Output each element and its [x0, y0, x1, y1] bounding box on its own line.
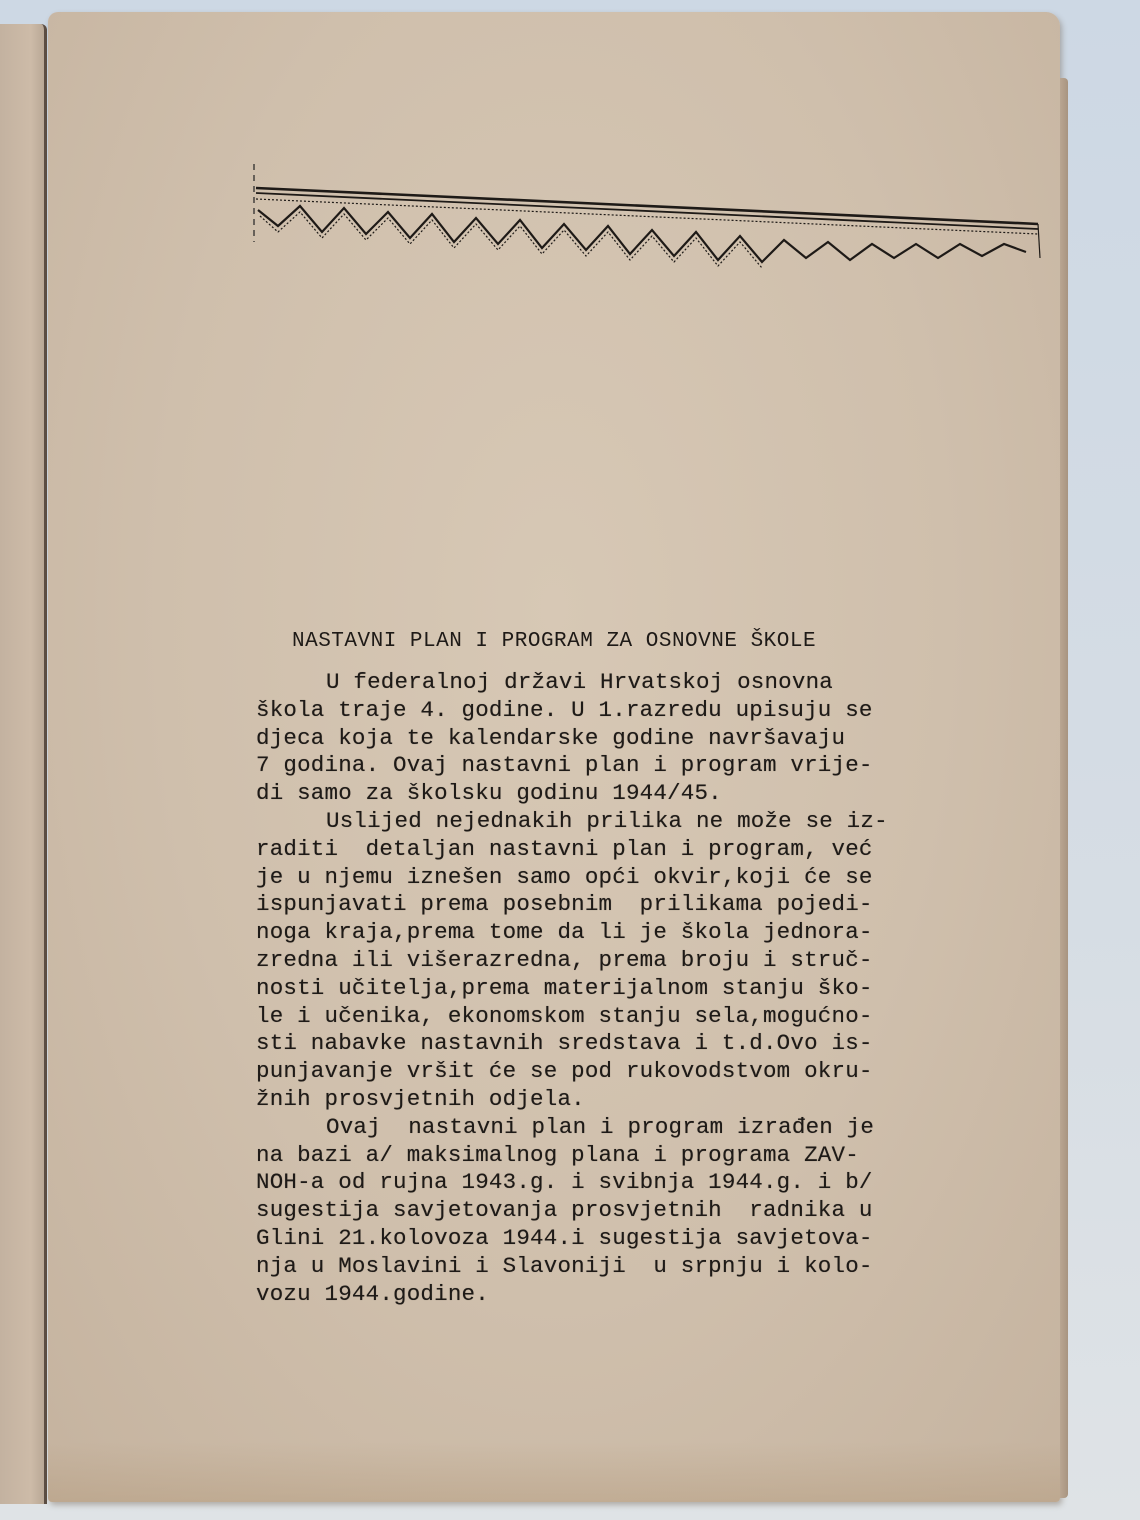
document-body: NASTAVNI PLAN I PROGRAM ZA OSNOVNE ŠKOLE… [256, 630, 1016, 1308]
text-line: noga kraja,prema tome da li je škola jed… [256, 919, 1016, 947]
page-discoloration [48, 1442, 1060, 1502]
text-line: di samo za školsku godinu 1944/45. [256, 780, 1016, 808]
text-line: djeca koja te kalendarske godine navršav… [256, 725, 1016, 753]
text-line: vozu 1944.godine. [256, 1281, 1016, 1309]
text-line: U federalnoj državi Hrvatskoj osnovna [256, 669, 1016, 697]
text-line: Ovaj nastavni plan i program izrađen je [256, 1114, 1016, 1142]
text-line: je u njemu iznešen samo opći okvir,koji … [256, 864, 1016, 892]
text-line: nja u Moslavini i Slavoniji u srpnju i k… [256, 1253, 1016, 1281]
text-line: Glini 21.kolovoza 1944.i sugestija savje… [256, 1225, 1016, 1253]
text-line: nosti učitelja,prema materijalnom stanju… [256, 975, 1016, 1003]
text-line: škola traje 4. godine. U 1.razredu upisu… [256, 697, 1016, 725]
paragraph-1: U federalnoj državi Hrvatskoj osnovna šk… [256, 669, 1016, 808]
text-line: sugestija savjetovanja prosvjetnih radni… [256, 1197, 1016, 1225]
document-page: NASTAVNI PLAN I PROGRAM ZA OSNOVNE ŠKOLE… [48, 12, 1060, 1502]
text-line: NOH-a od rujna 1943.g. i svibnja 1944.g.… [256, 1169, 1016, 1197]
text-line: ispunjavati prema posebnim prilikama poj… [256, 891, 1016, 919]
text-line: zredna ili višerazredna, prema broju i s… [256, 947, 1016, 975]
document-title: NASTAVNI PLAN I PROGRAM ZA OSNOVNE ŠKOLE [292, 630, 1016, 653]
paragraph-3: Ovaj nastavni plan i program izrađen je … [256, 1114, 1016, 1309]
text-line: raditi detaljan nastavni plan i program,… [256, 836, 1016, 864]
text-line: sti nabavke nastavnih sredstava i t.d.Ov… [256, 1030, 1016, 1058]
paragraph-2: Uslijed nejednakih prilika ne može se iz… [256, 808, 1016, 1114]
text-line: na bazi a/ maksimalnog plana i programa … [256, 1142, 1016, 1170]
page-stack-edge [1060, 78, 1068, 1498]
text-line: le i učenika, ekonomskom stanju sela,mog… [256, 1003, 1016, 1031]
text-line: punjavanje vršit će se pod rukovodstvom … [256, 1058, 1016, 1086]
text-line: Uslijed nejednakih prilika ne može se iz… [256, 808, 1016, 836]
text-line: 7 godina. Ovaj nastavni plan i program v… [256, 752, 1016, 780]
zigzag-border-ornament [248, 162, 1043, 272]
previous-page-edge [0, 24, 47, 1504]
text-line: žnih prosvjetnih odjela. [256, 1086, 1016, 1114]
